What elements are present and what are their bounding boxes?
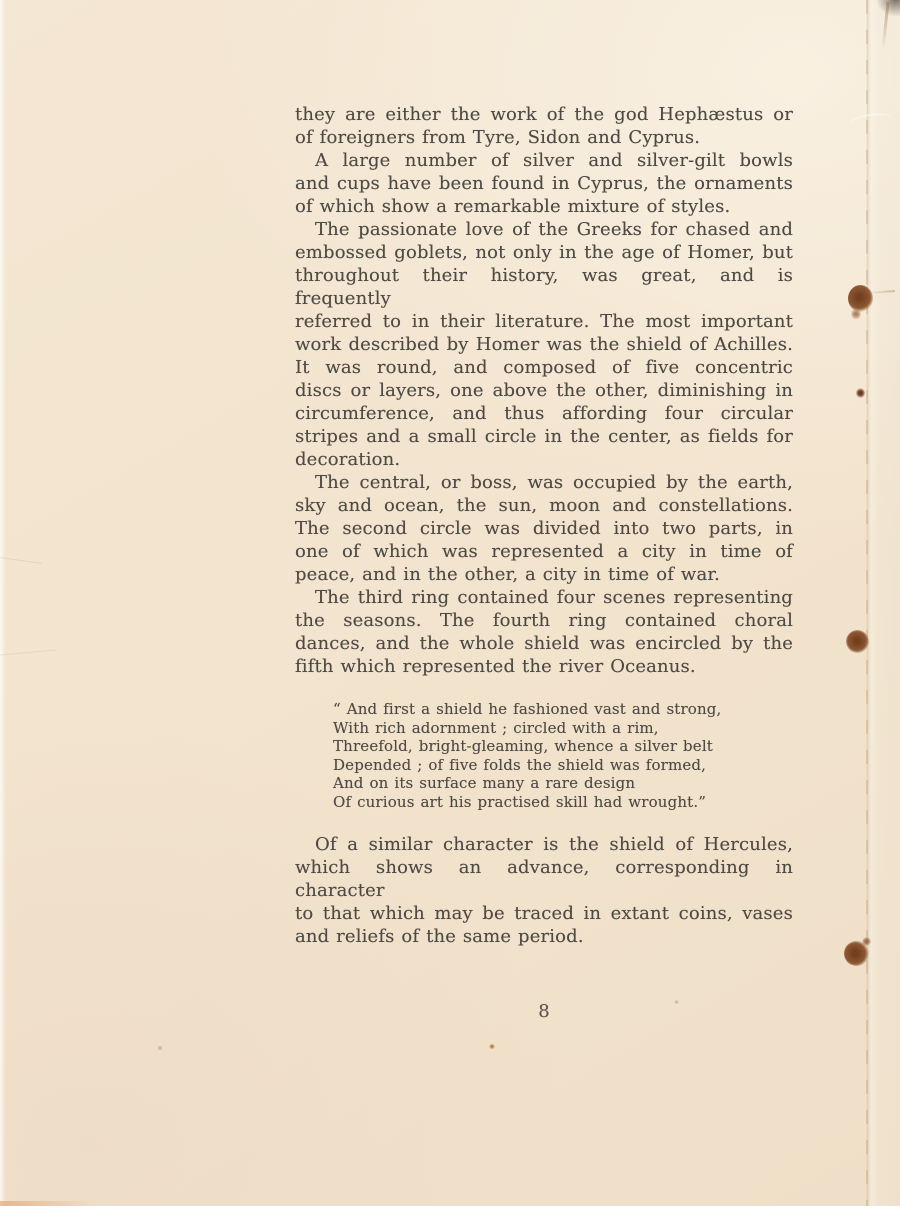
paper-speck [489,1044,495,1049]
text-block: they are either the work of the god Heph… [295,103,793,948]
text-line: embossed goblets, not only in the age of… [295,241,793,264]
right-edge-scratch [849,111,893,131]
text-line: and reliefs of the same period. [295,925,793,948]
text-line: “ And first a shield he fashioned vast a… [333,700,765,719]
text-line: And on its surface many a rare design [333,774,765,793]
rust-spot [844,941,869,966]
paragraph: The passionate love of the Greeks for ch… [295,218,793,471]
text-line: fifth which represented the river Oceanu… [295,655,793,678]
text-line: one of which was represented a city in t… [295,540,793,563]
text-line: circumference, and thus affording four c… [295,402,793,425]
paragraph: A large number of silver and silver-gilt… [295,149,793,218]
bottom-edge-shadow [0,1201,95,1206]
text-line: Of a similar character is the shield of … [295,833,793,856]
rust-spot-tail [862,937,871,946]
text-line: decoration. [295,448,793,471]
text-line: The passionate love of the Greeks for ch… [295,218,793,241]
text-line: and cups have been found in Cyprus, the … [295,172,793,195]
text-line: they are either the work of the god Heph… [295,103,793,126]
text-line: Of curious art his practised skill had w… [333,793,765,812]
page-left-edge-highlight [0,0,6,1206]
paragraph: Of a similar character is the shield of … [295,833,793,948]
paragraph: The third ring contained four scenes rep… [295,586,793,678]
scanned-book-page: they are either the work of the god Heph… [0,0,900,1206]
page-number: 8 [295,1001,793,1022]
text-line: of which show a remarkable mixture of st… [295,195,793,218]
scratch-mark [867,290,895,294]
text-line: The central, or boss, was occupied by th… [295,471,793,494]
right-crease-line [866,0,868,1206]
text-line: stripes and a small circle in the center… [295,425,793,448]
text-line: Threefold, bright-gleaming, whence a sil… [333,737,765,756]
text-line: Depended ; of five folds the shield was … [333,756,765,775]
text-line: It was round, and composed of five conce… [295,356,793,379]
paragraph: The central, or boss, was occupied by th… [295,471,793,586]
text-line: to that which may be traced in extant co… [295,902,793,925]
top-right-corner-shadow [876,0,900,17]
page-right-edge-band [867,0,900,1206]
text-line: dances, and the whole shield was encircl… [295,632,793,655]
text-line: of foreigners from Tyre, Sidon and Cypru… [295,126,793,149]
paragraph: they are either the work of the god Heph… [295,103,793,149]
paper-speck [158,1046,162,1050]
text-line: peace, and in the other, a city in time … [295,563,793,586]
text-line: work described by Homer was the shield o… [295,333,793,356]
text-line: A large number of silver and silver-gilt… [295,149,793,172]
rust-spot [848,285,873,312]
text-line: the seasons. The fourth ring contained c… [295,609,793,632]
left-crease-line [0,650,56,656]
text-line: sky and ocean, the sun, moon and constel… [295,494,793,517]
text-line: discs or layers, one above the other, di… [295,379,793,402]
rust-spot-tail [851,308,861,320]
rust-spot [856,388,865,398]
top-right-corner-crease [881,2,889,50]
left-crease-line [0,557,42,564]
text-line: referred to in their literature. The mos… [295,310,793,333]
text-line: throughout their history, was great, and… [295,264,793,310]
text-line: With rich adornment ; circled with a rim… [333,719,765,738]
rust-spot [846,630,869,653]
block-quote: “ And first a shield he fashioned vast a… [333,700,765,812]
text-line: which shows an advance, corresponding in… [295,856,793,902]
text-line: The third ring contained four scenes rep… [295,586,793,609]
text-line: The second circle was divided into two p… [295,517,793,540]
